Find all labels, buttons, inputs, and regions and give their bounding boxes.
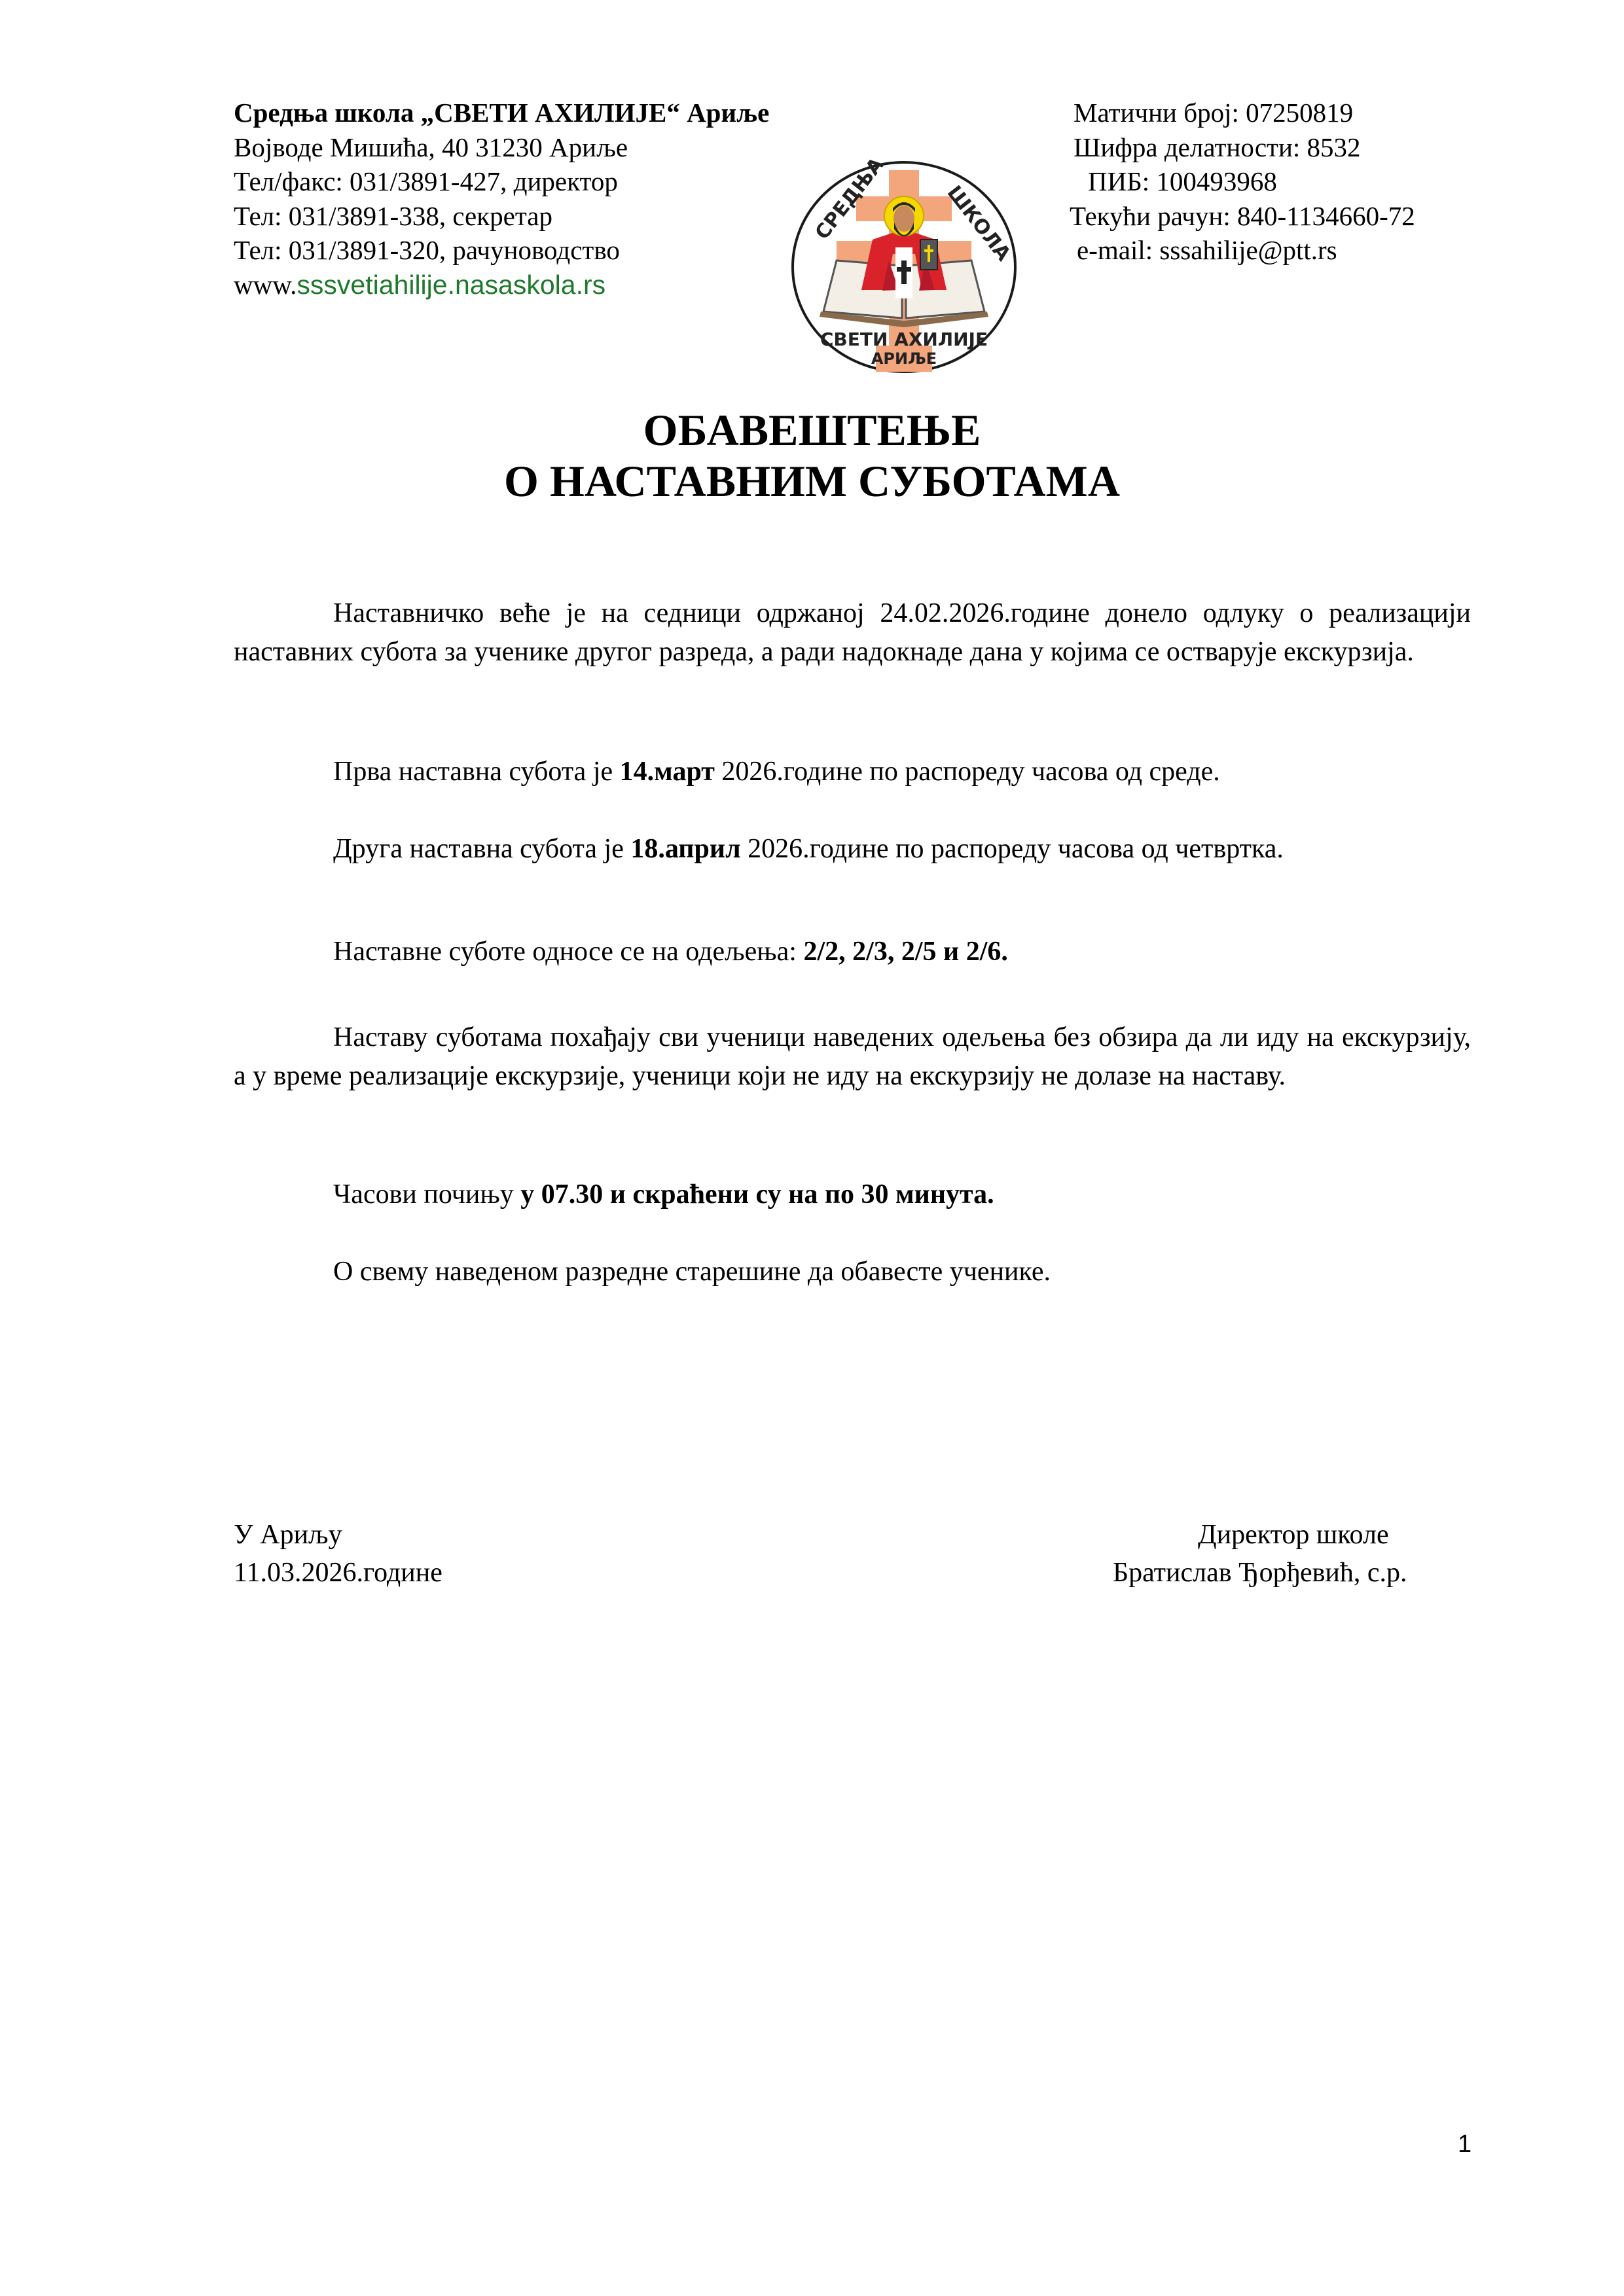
paragraph-schedule: Часови почињу у 07.30 и скраћени су на п…	[234, 1175, 1471, 1214]
classes-list: 2/2, 2/3, 2/5 и 2/6.	[803, 937, 1007, 967]
paragraph-attendance: Наставу суботама похађају сви ученици на…	[234, 1018, 1471, 1095]
logo-text-city: АРИЉЕ	[871, 350, 937, 368]
school-info: Средња школа „СВЕТИ АХИЛИЈЕ“ Ариље Војво…	[234, 96, 769, 302]
logo-text-bottom: СВЕТИ АХИЛИЈЕ	[820, 329, 988, 350]
place: У Ариљу	[234, 1516, 442, 1554]
second-saturday-date: 18.април	[630, 834, 740, 864]
website-domain[interactable]: sssvetiahilije.nasaskola.rs	[297, 270, 605, 300]
first-saturday-date: 14.март	[620, 757, 715, 787]
second-saturday-prefix: Друга наставна субота је	[333, 834, 630, 864]
website-prefix: www.	[234, 270, 297, 300]
paragraph-notice: О свему наведеном разредне старешине да …	[234, 1253, 1471, 1291]
school-address: Војводе Мишића, 40 31230 Ариље	[234, 130, 769, 165]
paragraph-second-saturday: Друга наставна субота је 18.април 2026.г…	[234, 830, 1471, 869]
paragraph-first-saturday: Прва наставна субота је 14.март 2026.год…	[234, 753, 1471, 791]
schedule-details: у 07.30 и скраћени су на по 30 минута.	[520, 1179, 994, 1210]
school-registry-info: Матични број: 07250819 Шифра делатности:…	[1074, 96, 1415, 268]
signatory-name: Братислав Ђорђевић, с.р.	[1113, 1554, 1407, 1592]
paragraph-attendance-text: Наставу суботама похађају сви ученици на…	[234, 1018, 1471, 1095]
signatory-role: Директор школе	[1113, 1516, 1407, 1554]
email-address: e-mail: sssahilije@ptt.rs	[1074, 233, 1415, 268]
paragraph-classes: Наставне суботе односе се на одељења: 2/…	[234, 933, 1471, 971]
school-emblem-icon: СРЕДЊА ШКОЛА СВЕТИ АХИЛИЈЕ АРИЉЕ	[784, 156, 1024, 378]
first-saturday-prefix: Прва наставна субота је	[333, 757, 620, 787]
phone-director: Тел/факс: 031/3891-427, директор	[234, 164, 769, 199]
page-number: 1	[1458, 2130, 1471, 2159]
website-link[interactable]: www.sssvetiahilije.nasaskola.rs	[234, 268, 769, 302]
title-line-2: О НАСТАВНИМ СУБОТАМА	[0, 456, 1624, 507]
second-saturday-suffix: 2026.године по распореду часова од четвр…	[741, 834, 1284, 864]
paragraph-notice-text: О свему наведеном разредне старешине да …	[234, 1253, 1471, 1291]
signature-block: Директор школе Братислав Ђорђевић, с.р.	[1113, 1516, 1407, 1592]
bank-account: Текући рачун: 840-1134660-72	[1070, 199, 1415, 234]
place-and-date: У Ариљу 11.03.2026.године	[234, 1516, 442, 1592]
school-logo: СРЕДЊА ШКОЛА СВЕТИ АХИЛИЈЕ АРИЉЕ	[784, 156, 1024, 378]
phone-secretary: Тел: 031/3891-338, секретар	[234, 199, 769, 234]
paragraph-decision-text: Наставничко веће је на седници одржаној …	[234, 594, 1471, 671]
document-title: ОБАВЕШТЕЊЕ О НАСТАВНИМ СУБОТАМА	[0, 404, 1624, 507]
classes-prefix: Наставне суботе односе се на одељења:	[333, 937, 803, 967]
paragraph-decision: Наставничко веће је на седници одржаној …	[234, 594, 1471, 671]
activity-code: Шифра делатности: 8532	[1074, 130, 1415, 165]
tax-id: ПИБ: 100493968	[1074, 164, 1415, 199]
registration-number: Матични број: 07250819	[1074, 96, 1415, 130]
school-name: Средња школа „СВЕТИ АХИЛИЈЕ“ Ариље	[234, 96, 769, 130]
first-saturday-suffix: 2026.године по распореду часова од среде…	[715, 757, 1220, 787]
title-line-1: ОБАВЕШТЕЊЕ	[0, 404, 1624, 456]
date: 11.03.2026.године	[234, 1554, 442, 1592]
schedule-prefix: Часови почињу	[333, 1179, 520, 1210]
phone-accounting: Тел: 031/3891-320, рачуноводство	[234, 233, 769, 268]
